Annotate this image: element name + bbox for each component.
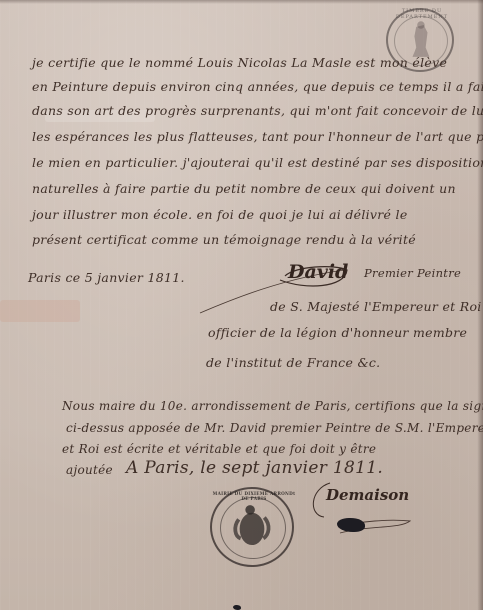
certificate-line-5: le mien en particulier. j'ajouterai qu'i…: [32, 155, 483, 170]
mairie-stamp-text: MAIRIE DU DIXIEME ARRONDt DE PARIS: [212, 491, 296, 501]
signature-david: David: [288, 261, 348, 283]
legalization-line-1: Nous maire du 10e. arrondissement de Par…: [62, 399, 483, 413]
ink-mark: [233, 605, 241, 610]
certificate-line-3: dans son art des progrès surprenants, qu…: [32, 103, 483, 118]
signature-demaison: Demaison: [326, 486, 409, 504]
page-edge-shadow-top: [0, 0, 483, 4]
certificate-line-2: en Peinture depuis environ cinq années, …: [32, 79, 483, 94]
paper-stain: [0, 300, 80, 322]
certificate-line-8: présent certificat comme un témoignage r…: [32, 232, 416, 247]
signature-title-line-3: officier de la légion d'honneur membre: [208, 325, 467, 340]
certificate-place-date: Paris ce 5 janvier 1811.: [28, 270, 185, 285]
legalization-line-4: ajoutée: [66, 463, 113, 477]
signature-title-line-4: de l'institut de France &c.: [206, 355, 380, 370]
certificate-line-4: les espérances les plus flatteuses, tant…: [32, 129, 483, 144]
legalization-line-2: ci-dessus apposée de Mr. David premier P…: [66, 421, 483, 435]
certificate-line-7: jour illustrer mon école. en foi de quoi…: [32, 207, 408, 222]
mairie-stamp: MAIRIE DU DIXIEME ARRONDt DE PARIS: [210, 487, 294, 567]
seal-text: TIMBRE DU DEPARTEMENT: [388, 8, 456, 20]
document-page: TIMBRE DU DEPARTEMENT je certifie que le…: [0, 0, 483, 610]
certificate-line-6: naturelles à faire partie du petit nombr…: [32, 181, 456, 196]
signature-title-line-1: Premier Peintre: [364, 266, 461, 280]
certificate-line-1: je certifie que le nommé Louis Nicolas L…: [32, 55, 447, 70]
ink-blot: [337, 518, 365, 532]
signature-title-line-2: de S. Majesté l'Empereur et Roi: [270, 299, 482, 314]
legalization-line-3: et Roi est écrite et véritable et que fo…: [62, 442, 376, 456]
